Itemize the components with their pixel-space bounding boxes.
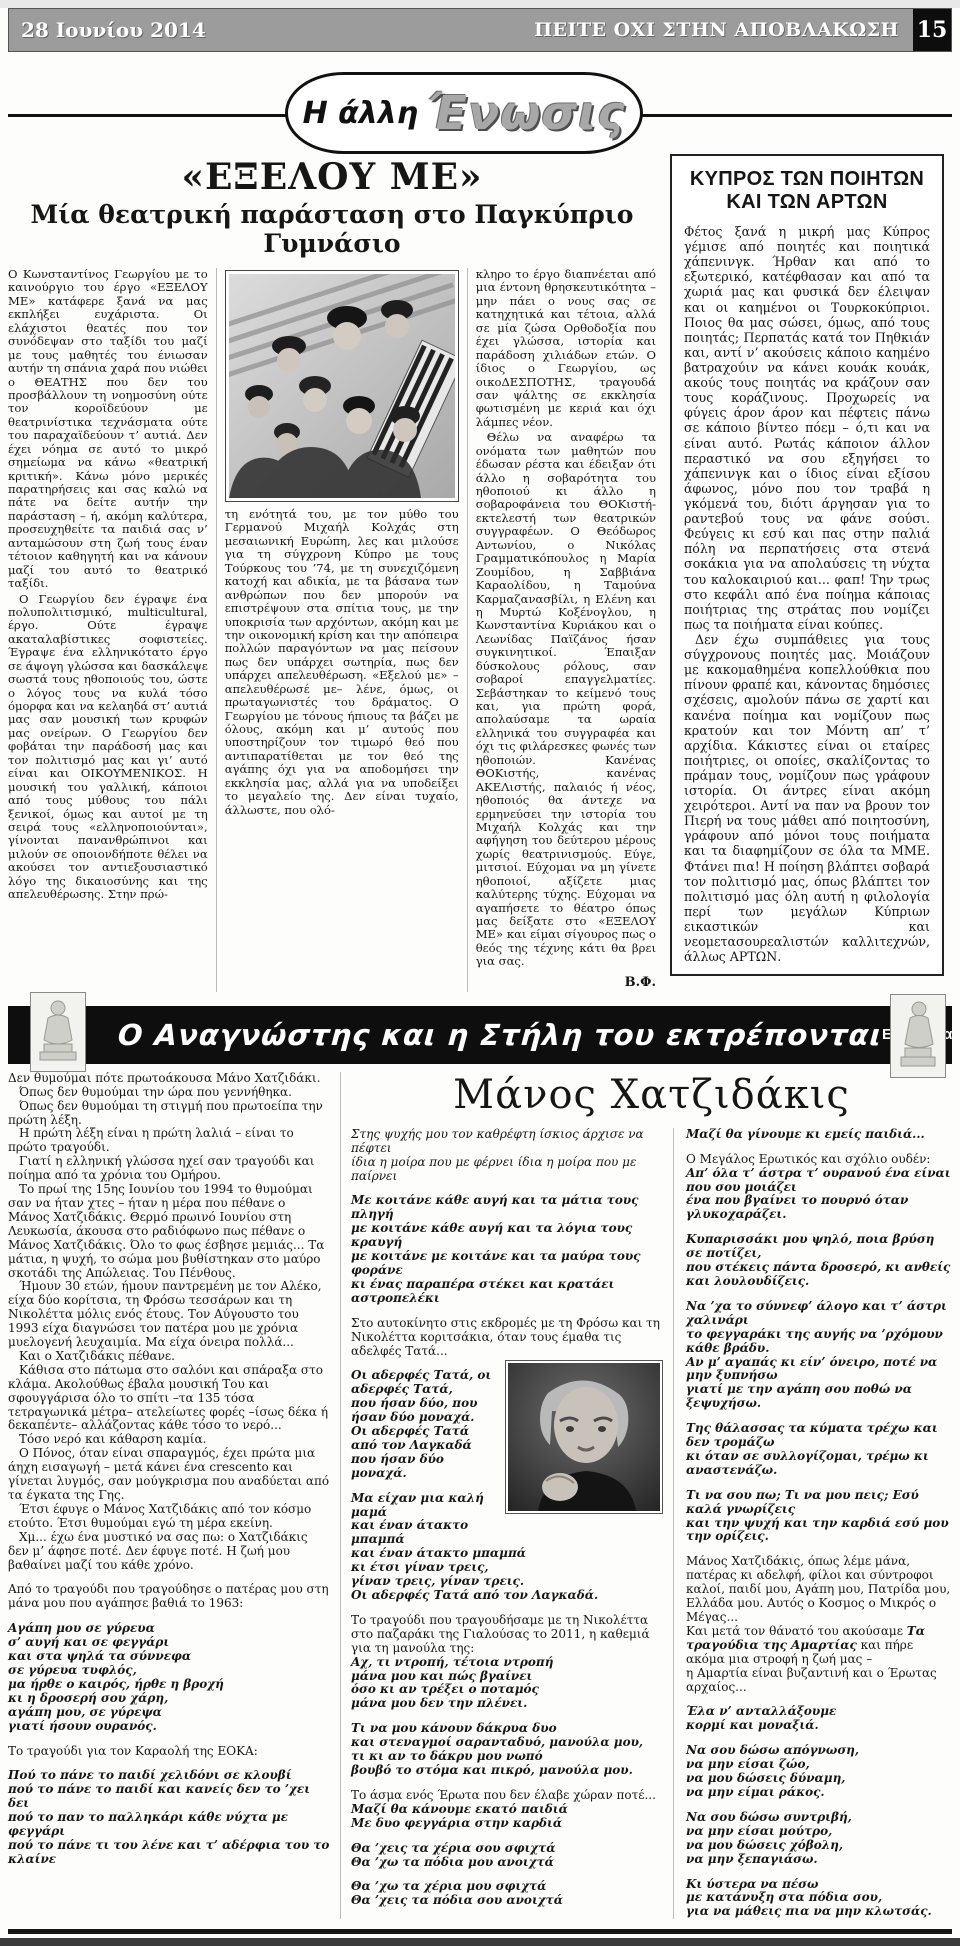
tribute-paragraph: Το τραγούδι που τραγουδήσαμε με τη Νικολ… xyxy=(351,1614,663,1656)
tribute-column-right: Μαζί θα γίνουμε κι εμείς παιδιά... Ο Μεγ… xyxy=(673,1128,952,1919)
article-subtitle: Μία θεατρική παράσταση στο Παγκύπριο Γυμ… xyxy=(8,200,656,258)
article-title: «ΕΞΕΛΟΥ ΜΕ» xyxy=(8,156,656,198)
page-bottom-rule xyxy=(8,1929,952,1934)
tribute-text: Και μετά τον θάνατό του ακούσαμε xyxy=(686,1624,907,1638)
tribute-title: Μάνος Χατζιδάκις xyxy=(351,1072,952,1118)
tribute-paragraph: Ο Πόνος, όταν είναι σπαραγμός, έχει πρώτ… xyxy=(8,1447,330,1503)
song-verse: Μαζί θα γίνουμε κι εμείς παιδιά... xyxy=(686,1128,952,1142)
issue-date: 28 Ιουνίου 2014 xyxy=(21,18,206,42)
logo-strip: Η άλλη Ένωσις xyxy=(0,52,960,154)
article-paragraph: τη ενότητά του, με τον μύθο του Γερμανού… xyxy=(225,508,459,817)
song-verse: Θα ’χεις τα χέρια σου σφιχτά Θα ’χω τα π… xyxy=(351,1842,663,1870)
header-right: ΠΕΙΤΕ ΟΧΙ ΣΤΗΝ ΑΠΟΒΛΑΚΩΣΗ 15 xyxy=(534,9,951,51)
song-verse: Με κοιτάνε κάθε αυγή και τα μάτια τους π… xyxy=(351,1194,663,1305)
song-verse: Κι ύστερα να πέσω με κατάνυξη στα πόδια … xyxy=(686,1878,952,1920)
tribute-paragraph: Όπως δεν θυμούμαι τη στιγμή που πρωτοείπ… xyxy=(8,1100,330,1128)
tribute-paragraph: Από το τραγούδι που τραγούδησε ο πατέρας… xyxy=(8,1583,330,1611)
tribute-paragraph: Ο Μεγάλος Ερωτικός και σχόλιο ουδέν: xyxy=(686,1153,952,1167)
newspaper-page: 28 Ιουνίου 2014 ΠΕΙΤΕ ΟΧΙ ΣΤΗΝ ΑΠΟΒΛΑΚΩΣ… xyxy=(0,8,960,1946)
song-verse: Τι να σου πω; Τι να μου πεις; Εσύ καλά γ… xyxy=(686,1489,952,1545)
tribute-paragraph: Γιατί η ελληνική γλώσσα ηχεί σαν τραγούδ… xyxy=(8,1155,330,1183)
header-slogan: ΠΕΙΤΕ ΟΧΙ ΣΤΗΝ ΑΠΟΒΛΑΚΩΣΗ xyxy=(534,19,899,41)
sidebar-paragraph: Φέτος ξανά η μικρή μας Κύπρος γέμισε από… xyxy=(684,224,930,632)
tribute-paragraph: Και μετά τον θάνατό του ακούσαμε Τα τραγ… xyxy=(686,1625,952,1695)
song-verse: Πού το πάνε το παιδί χελιδόνι σε κλουβί … xyxy=(8,1769,330,1866)
section-title: Ο Αναγνώστης και η Στήλη του εκτρέπονται xyxy=(117,1018,883,1052)
tribute-paragraph: Και ο Χατζιδάκις πέθανε. xyxy=(8,1350,330,1364)
section-banner: Ο Αναγνώστης και η Στήλη του εκτρέπονται… xyxy=(8,1006,952,1064)
article-paragraph: Ο Κωνσταντίνος Γεωργίου με το καινούργιο… xyxy=(8,268,208,591)
poets-column-box: ΚΥΠΡΟΣ ΤΩΝ ΠΟΙΗΤΩΝ ΚΑΙ ΤΩΝ ΑΡΤΩΝ Φέτος ξ… xyxy=(670,154,944,976)
tribute-column-middle: Στης ψυχής μου τον καθρέφτη ίσκιος άρχισ… xyxy=(351,1128,673,1919)
tribute-paragraph: Δεν θυμούμαι πότε πρωτοάκουσα Μάνο Χατζι… xyxy=(8,1072,330,1086)
hadjidakis-portrait-art xyxy=(508,1363,660,1511)
tribute-paragraph: Η πρώτη λέξη είναι η πρώτη λαλιά – είναι… xyxy=(8,1127,330,1155)
page-header: 28 Ιουνίου 2014 ΠΕΙΤΕ ΟΧΙ ΣΤΗΝ ΑΠΟΒΛΑΚΩΣ… xyxy=(8,8,952,52)
song-verse: Απ’ όλα τ’ άστρα τ’ ουρανού ένα είναι πο… xyxy=(686,1167,952,1223)
statue-right-image xyxy=(890,994,946,1078)
song-verse: Μαζί θα κάνουμε εκατό παιδιά Με δυο φεγγ… xyxy=(351,1803,663,1831)
theatre-group-photo xyxy=(225,270,459,502)
article-paragraph: κληρο το έργο διαπνέεται από μια έντονη … xyxy=(476,268,656,429)
song-verse: Στης ψυχής μου τον καθρέφτη ίσκιος άρχισ… xyxy=(351,1128,663,1184)
author-initials: Β.Φ. xyxy=(476,975,656,990)
tribute-paragraph: Τόσο νερό και κάθαρση καμία. xyxy=(8,1433,330,1447)
theatre-group-photo-art xyxy=(229,274,455,498)
page-number: 15 xyxy=(913,9,951,51)
page-bottom-edge xyxy=(0,1938,960,1946)
article-column-2: τη ενότητά του, με τον μύθο του Γερμανού… xyxy=(216,268,467,992)
song-verse: Της θάλασσας τα κύματα τρέχω και δεν τρο… xyxy=(686,1422,952,1478)
song-verse: Έλα ν’ ανταλλάξουμε κορμί και μοναξιά. xyxy=(686,1705,952,1733)
song-verse: Τι να μου κάνουν δάκρυα δυο και στεναγμο… xyxy=(351,1722,663,1778)
statue-sketch-icon xyxy=(892,996,944,1072)
tribute-paragraph: Έτσι έφυγε ο Μάνος Χατζιδάκις από τον κό… xyxy=(8,1503,330,1531)
tribute-right-area: Μάνος Χατζιδάκις Στης ψυχής μου τον καθρ… xyxy=(340,1072,952,1919)
hadjidakis-portrait-photo xyxy=(505,1360,663,1514)
article-column-1: Ο Κωνσταντίνος Γεωργίου με το καινούργιο… xyxy=(8,268,216,992)
article-columns: Ο Κωνσταντίνος Γεωργίου με το καινούργιο… xyxy=(8,268,656,992)
tribute-columns: Στης ψυχής μου τον καθρέφτη ίσκιος άρχισ… xyxy=(351,1128,952,1919)
statue-left-image xyxy=(30,992,86,1072)
tribute-paragraph: Κάθισα στο πάτωμα στο σαλόνι και σπάραξα… xyxy=(8,1364,330,1434)
tribute-paragraph: Το τραγούδι για τον Καραολή της ΕΟΚΑ: xyxy=(8,1745,330,1759)
tribute-paragraph: Στο αυτοκίνητο στις εκδρομές με τη Φρόσω… xyxy=(351,1317,663,1359)
song-verse: Να σου δώσω συντριβή, να μην είσαι μούτρ… xyxy=(686,1811,952,1867)
newspaper-logo: Η άλλη Ένωσις xyxy=(285,72,643,154)
logo-prefix-text: Η άλλη xyxy=(303,96,419,131)
main-article: «ΕΞΕΛΟΥ ΜΕ» Μία θεατρική παράσταση στο Π… xyxy=(8,154,656,992)
sidebar-paragraph: Δεν έχω συμπάθειες για τους σύγχρονους π… xyxy=(684,632,930,964)
article-paragraph: Θέλω να αναφέρω τα ονόματα των μαθητών π… xyxy=(476,431,656,969)
tribute-paragraph: Το άσμα ενός Έρωτα που δεν έλαβε χώραν π… xyxy=(351,1789,663,1803)
tribute-paragraph: Όπως δεν θυμούμαι την ώρα που γεννήθηκα. xyxy=(8,1086,330,1100)
tribute-section: Δεν θυμούμαι πότε πρωτοάκουσα Μάνο Χατζι… xyxy=(0,1064,960,1919)
tribute-paragraph: Μάνος Χατζιδάκις, όπως λέμε μάνα, πατέρα… xyxy=(686,1555,952,1625)
tribute-paragraph: Χμ... έχω ένα μυστικό να σας πω: ο Χατζι… xyxy=(8,1531,330,1573)
main-section: «ΕΞΕΛΟΥ ΜΕ» Μία θεατρική παράσταση στο Π… xyxy=(0,154,960,992)
song-verse: Να ’χα το σύννεφ’ άλογο και τ’ άστρι χαλ… xyxy=(686,1300,952,1411)
song-verse: Κυπαρισσάκι μου ψηλό, ποια βρύση σε ποτί… xyxy=(686,1233,952,1289)
song-verse: Να σου δώσω απόγνωση, να μην είσαι ζώο, … xyxy=(686,1744,952,1800)
song-verse: Αγάπη μου σε γύρευα σ’ αυγή και σε φεγγά… xyxy=(8,1622,330,1733)
song-verse: Αχ, τι ντροπή, τέτοια ντροπή μάνα μου κα… xyxy=(351,1656,663,1712)
article-paragraph: Ο Γεωργίου δεν έγραψε ένα πολυπολιτισμικ… xyxy=(8,593,208,902)
logo-name-text: Ένωσις xyxy=(428,86,625,140)
tribute-column-left: Δεν θυμούμαι πότε πρωτοάκουσα Μάνο Χατζι… xyxy=(8,1072,340,1919)
song-verse: Θα ’χω τα χέρια μου σφιχτά Θα ’χεις τα π… xyxy=(351,1880,663,1908)
statue-sketch-icon xyxy=(32,994,84,1066)
tribute-paragraph: Το πρωί της 15ης Ιουνίου του 1994 το θυμ… xyxy=(8,1183,330,1280)
article-column-3: κληρο το έργο διαπνέεται από μια έντονη … xyxy=(467,268,656,992)
sidebar-title: ΚΥΠΡΟΣ ΤΩΝ ΠΟΙΗΤΩΝ ΚΑΙ ΤΩΝ ΑΡΤΩΝ xyxy=(684,168,930,214)
tribute-paragraph: Ήμουν 30 ετών, ήμουν παντρεμένη με τον Α… xyxy=(8,1280,330,1350)
